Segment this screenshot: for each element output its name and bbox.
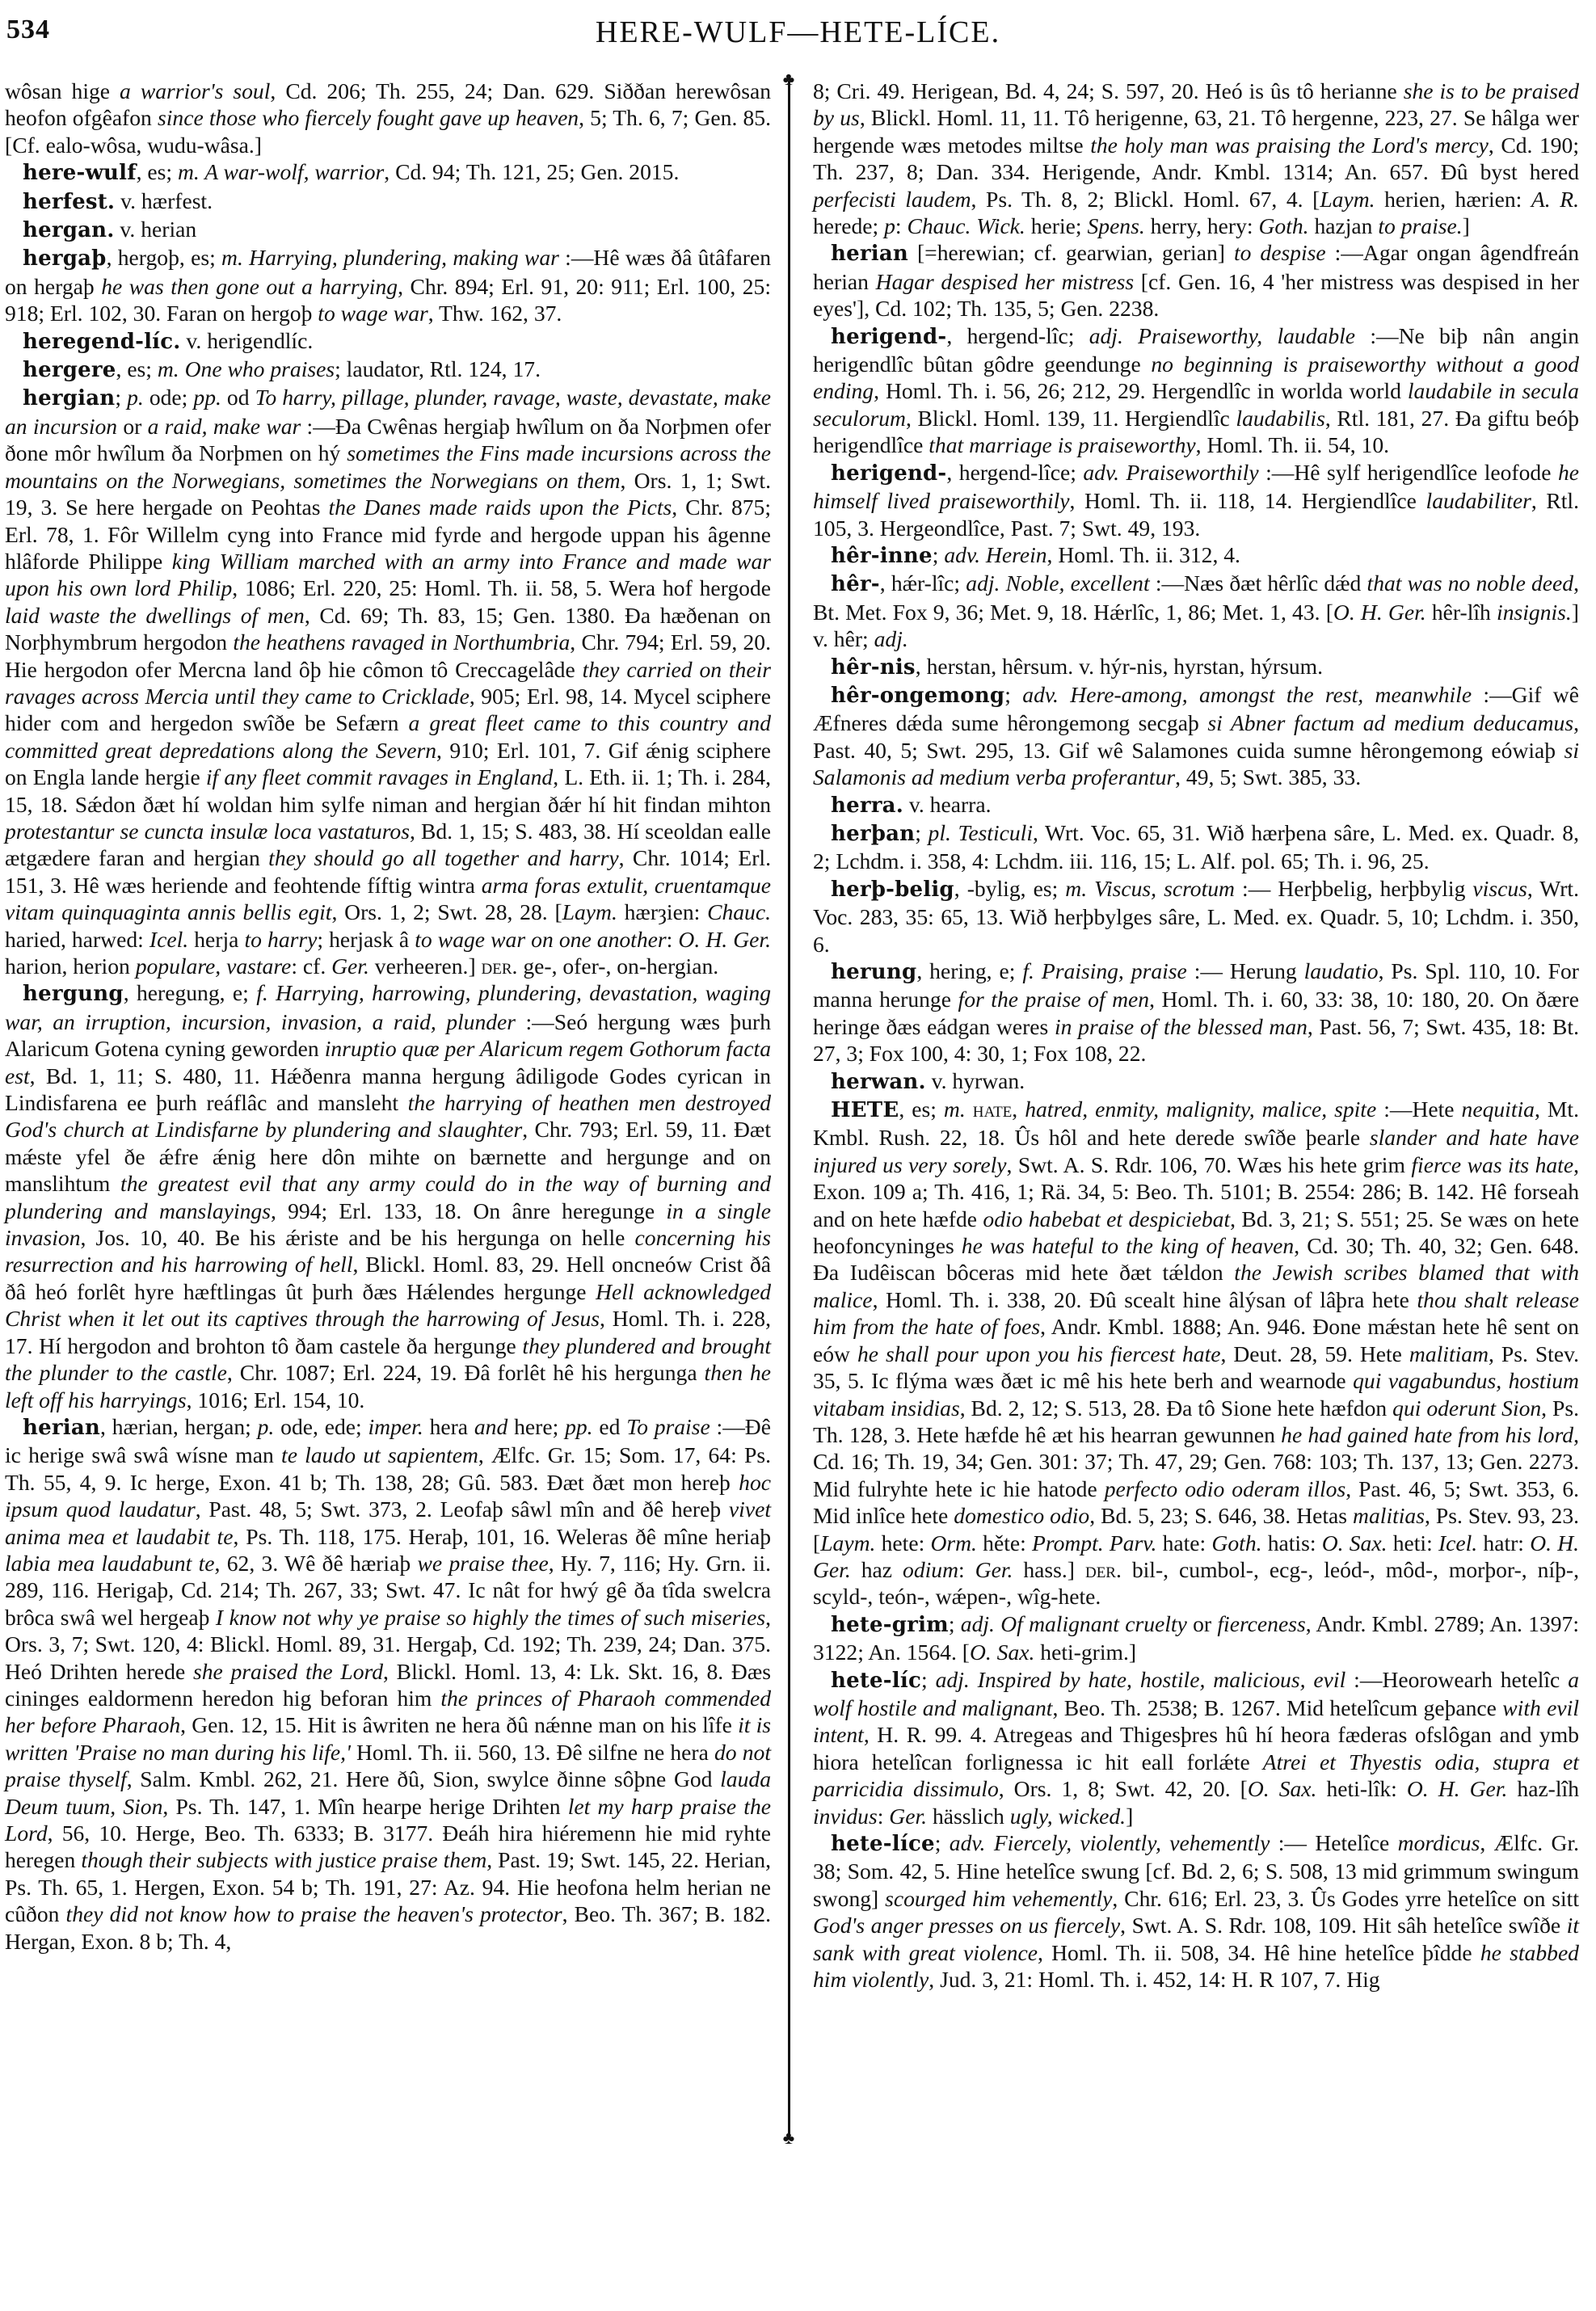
- italic-gloss: hatred, enmity, malignity, malice, spite: [1025, 1097, 1376, 1122]
- italic-gloss: malitias: [1353, 1503, 1425, 1528]
- italic-gloss: Laym.: [562, 899, 617, 924]
- headword: hergaþ: [23, 246, 107, 271]
- entry-text: , hergoþ, es;: [107, 245, 221, 270]
- entry-text: , hærian, hergan;: [100, 1414, 258, 1439]
- entry-text: herien, hærien:: [1375, 187, 1531, 212]
- italic-gloss: adv. Here-among, amongst the rest, meanw…: [1022, 682, 1472, 707]
- italic-gloss: adj. Noble, excellent: [966, 570, 1149, 596]
- italic-gloss: he was hateful to the king of heaven: [962, 1233, 1294, 1258]
- entry-text: :—Hê sylf herigendlîce leofode: [1259, 460, 1558, 485]
- entry-text: , Blickl. Homl. 139, 11. Hergiendlîc: [906, 406, 1236, 431]
- entry-text: , Swt. A. S. Rdr. 106, 70. Wæs his hete …: [1007, 1152, 1412, 1177]
- entry-text: hêr-lîh: [1426, 600, 1497, 625]
- entry-text: , 1086; Erl. 220, 25: Homl. Th. ii. 58, …: [232, 575, 771, 600]
- entry-text: herry, hery:: [1145, 213, 1259, 238]
- italic-gloss: adv. Herein: [944, 542, 1046, 567]
- entry-text: heti-lîk:: [1316, 1776, 1406, 1801]
- italic-gloss: laudabiliter: [1426, 488, 1531, 513]
- italic-gloss: adj.: [874, 626, 908, 651]
- dictionary-entry: hêr-ongemong; adv. Here-among, amongst t…: [813, 681, 1579, 791]
- italic-gloss: the Danes made raids upon the Picts: [329, 495, 672, 520]
- entry-text: , Homl. Th. ii. 118, 14. Hergiendlîce: [1070, 488, 1426, 513]
- italic-gloss: O. Sax.: [1322, 1530, 1388, 1555]
- entry-text: , Bd. 5, 23; S. 646, 38. Hetas: [1089, 1503, 1353, 1528]
- entry-text: hass.]: [1013, 1557, 1085, 1582]
- italic-gloss: labia mea laudabunt te: [5, 1551, 215, 1576]
- dictionary-entry: hete-líce; adv. Fiercely, violently, veh…: [813, 1829, 1579, 1993]
- italic-gloss: Chauc. Wick.: [907, 213, 1025, 238]
- italic-gloss: fierce was its hate: [1411, 1152, 1573, 1177]
- italic-gloss: and: [474, 1414, 507, 1439]
- italic-gloss: adj. Inspired by hate, hostile, maliciou…: [936, 1667, 1346, 1692]
- entry-text: :— Herþbelig, herþbylig: [1235, 876, 1472, 901]
- italic-gloss: laudabilis: [1236, 406, 1324, 431]
- italic-gloss: adv. Praiseworthily: [1083, 460, 1258, 485]
- italic-gloss: f. Praising, praise: [1022, 958, 1186, 983]
- entry-text: or: [117, 414, 148, 439]
- italic-gloss: Icel.: [149, 927, 188, 952]
- italic-gloss: viscus: [1472, 876, 1527, 901]
- entry-text: , Swt. A. S. Rdr. 108, 109. Hit sâh hete…: [1120, 1913, 1567, 1938]
- headword: herung: [831, 960, 916, 984]
- italic-gloss: pp.: [565, 1414, 593, 1439]
- entry-text: ]: [1126, 1804, 1133, 1829]
- column-rule-ornament-bottom-icon: ♣: [781, 2130, 797, 2146]
- entry-text: hěte:: [977, 1530, 1032, 1555]
- headword: hêr-nis: [831, 655, 916, 680]
- page-header: 534 HERE-WULF—HETE-LÍCE.: [0, 15, 1596, 63]
- entry-text: haried, harwed:: [5, 927, 149, 952]
- italic-gloss: O. H. Ger.: [1333, 600, 1426, 625]
- entry-text: , Cd. 94; Th. 121, 25; Gen. 2015.: [384, 159, 679, 184]
- entry-text: ge-, ofer-, on-hergian.: [517, 953, 718, 979]
- dictionary-entry: herþan; pl. Testiculi, Wrt. Voc. 65, 31.…: [813, 819, 1579, 875]
- headword: herþ-belig: [831, 878, 954, 902]
- italic-gloss: perfecto odio oderam illos: [1105, 1476, 1345, 1501]
- entry-text: v. hærfest.: [115, 188, 213, 213]
- italic-gloss: A. R.: [1531, 187, 1579, 212]
- dictionary-entry: hergere, es; m. One who praises; laudato…: [5, 356, 771, 384]
- entry-text: , Gen. 12, 15. Hit is âwriten ne hera ðû…: [180, 1712, 738, 1737]
- italic-gloss: adj. Praiseworthy, laudable: [1089, 323, 1355, 348]
- dictionary-entry: hergian; p. ode; pp. od To harry, pillag…: [5, 384, 771, 979]
- italic-gloss: he shall pour upon you his fiercest hate: [857, 1341, 1221, 1366]
- entry-text: or: [1187, 1611, 1218, 1636]
- italic-gloss: m. Harrying, plundering, making war: [221, 245, 559, 270]
- entry-text: , Jud. 3, 21: Homl. Th. i. 452, 14: H. R…: [929, 1967, 1379, 1992]
- italic-gloss: O. H. Ger.: [1407, 1776, 1507, 1801]
- italic-gloss: he was then gone out a harrying: [101, 274, 398, 299]
- italic-gloss: adv. Fiercely, violently, vehemently: [950, 1830, 1270, 1855]
- italic-gloss: to wage war on one another: [415, 927, 666, 952]
- headword: herian: [23, 1416, 100, 1440]
- entry-text: ;: [935, 1830, 950, 1855]
- entry-text: ;: [1004, 682, 1022, 707]
- italic-gloss: a raid, make war: [148, 414, 301, 439]
- italic-gloss: fierceness: [1217, 1611, 1305, 1636]
- small-caps-text: hate: [973, 1097, 1013, 1122]
- italic-gloss: Icel.: [1438, 1530, 1477, 1555]
- dictionary-entry: herung, hering, e; f. Praising, praise :…: [813, 958, 1579, 1067]
- entry-text: verheeren.]: [369, 953, 482, 979]
- entry-text: hazjan: [1309, 213, 1379, 238]
- italic-gloss: Goth.: [1258, 213, 1308, 238]
- entry-text: v. hearra.: [903, 792, 992, 817]
- small-caps-text: der.: [482, 953, 518, 979]
- italic-gloss: Ger.: [331, 953, 369, 979]
- italic-gloss: pp.: [193, 385, 221, 410]
- italic-gloss: they should go all together and harry: [268, 845, 618, 870]
- headword: herian: [831, 242, 908, 266]
- entry-text: :: [878, 1804, 890, 1829]
- italic-gloss: odio habebat et despiciebat: [983, 1206, 1230, 1231]
- entry-text: v. herigendlíc.: [181, 328, 314, 353]
- italic-gloss: perfecisti laudem: [813, 187, 971, 212]
- dictionary-entry: herigend-, hergend-lîce; adv. Praisewort…: [813, 459, 1579, 541]
- entry-continuation: 8; Cri. 49. Herigean, Bd. 4, 24; S. 597,…: [813, 78, 1579, 239]
- italic-gloss: he had gained hate from his lord: [1281, 1422, 1573, 1447]
- entry-text: [=herewian; cf. gearwian, gerian]: [908, 240, 1234, 265]
- entry-text: hate:: [1156, 1530, 1211, 1555]
- entry-text: :: [667, 927, 679, 952]
- entry-text: , Deut. 28, 59. Hete: [1221, 1341, 1409, 1366]
- italic-gloss: odium: [903, 1557, 958, 1582]
- italic-gloss: they did not know how to praise the heav…: [66, 1901, 562, 1926]
- italic-gloss: si Abner factum ad medium deducamus: [1207, 710, 1573, 735]
- running-title: HERE-WULF—HETE-LÍCE.: [0, 15, 1596, 50]
- entry-text: v. herian: [115, 217, 197, 242]
- entry-continuation: wôsan hige a warrior's soul, Cd. 206; Th…: [5, 78, 771, 158]
- entry-text: , hǽr-lîc;: [880, 570, 966, 596]
- dictionary-entry: hete-grim; adj. Of malignant cruelty or …: [813, 1610, 1579, 1666]
- italic-gloss: pl. Testiculi: [929, 820, 1033, 845]
- dictionary-entry: hergan. v. herian: [5, 216, 771, 244]
- entry-text: hässlich: [927, 1804, 1010, 1829]
- headword: hete-líce: [831, 1832, 935, 1856]
- headword: herþan: [831, 822, 915, 846]
- headword: hêr-ongemong: [831, 684, 1004, 708]
- entry-text: , hering, e;: [916, 958, 1022, 983]
- italic-gloss: that was no noble deed: [1367, 570, 1574, 596]
- entry-text: , hergend-lîc;: [946, 323, 1089, 348]
- entry-text: , Ps. Th. 147, 1. Mîn hearpe herige Drih…: [162, 1794, 567, 1819]
- entry-text: ; laudator, Rtl. 124, 17.: [335, 356, 541, 381]
- italic-gloss: O. H. Ger.: [678, 927, 771, 952]
- small-caps-text: der.: [1085, 1557, 1122, 1582]
- italic-gloss: populare, vastare: [136, 953, 292, 979]
- headword: HETE: [831, 1098, 899, 1122]
- dictionary-entry: hergaþ, hergoþ, es; m. Harrying, plunder…: [5, 244, 771, 326]
- headword: hete-grim: [831, 1613, 949, 1637]
- headword: hêr-: [831, 572, 880, 596]
- italic-gloss: Chauc.: [707, 899, 771, 924]
- entry-text: , Ps. Th. 118, 175. Heraþ, 101, 16. Wele…: [233, 1524, 771, 1549]
- entry-text: hærȝien:: [617, 899, 707, 924]
- entry-text: hatr:: [1477, 1530, 1530, 1555]
- entry-text: heti-grim.]: [1034, 1640, 1136, 1665]
- entry-text: herja: [188, 927, 244, 952]
- column-rule: [788, 81, 790, 2140]
- dictionary-entry: herþ-belig, -bylig, es; m. Viscus, scrot…: [813, 875, 1579, 958]
- italic-gloss: invidus: [813, 1804, 878, 1829]
- italic-gloss: in praise of the blessed man: [1055, 1014, 1308, 1039]
- left-column: wôsan hige a warrior's soul, Cd. 206; Th…: [5, 78, 771, 1955]
- italic-gloss: scourged him vehemently: [885, 1886, 1112, 1911]
- entry-text: herede;: [813, 213, 884, 238]
- entry-text: Homl. Th. ii. 560, 13. Ðê silfne ne hera: [351, 1740, 714, 1765]
- headword: here-wulf: [23, 161, 137, 185]
- entry-text: hete:: [875, 1530, 930, 1555]
- entry-text: ode, ede;: [274, 1414, 368, 1439]
- italic-gloss: the heathens ravaged in Northumbria: [233, 629, 570, 655]
- italic-gloss: mordicus: [1398, 1830, 1480, 1855]
- italic-gloss: to harry: [245, 927, 318, 952]
- italic-gloss: Ger.: [889, 1804, 927, 1829]
- dictionary-entry: hêr-inne; adv. Herein, Homl. Th. ii. 312…: [813, 541, 1579, 570]
- entry-text: , 1016; Erl. 154, 10.: [187, 1387, 365, 1412]
- italic-gloss: insignis.: [1497, 600, 1572, 625]
- entry-text: :—Heorowearh hetelîc: [1345, 1667, 1568, 1692]
- entry-text: , Homl. Th. i. 56, 26; 212, 29. Hergendl…: [874, 378, 1408, 403]
- italic-gloss: Laym.: [1320, 187, 1375, 212]
- entry-text: :— Herung: [1187, 958, 1304, 983]
- italic-gloss: ugly, wicked.: [1010, 1804, 1126, 1829]
- italic-gloss: laid waste the dwellings of men: [5, 603, 305, 628]
- italic-gloss: domestico odio: [954, 1503, 1089, 1528]
- italic-gloss: she praised the Lord: [193, 1659, 383, 1684]
- entry-text: ]: [1463, 213, 1470, 238]
- headword: hergian: [23, 386, 115, 410]
- entry-text: :—Næs ðæt hêrlîc dǽd: [1150, 570, 1367, 596]
- entry-text: :: [958, 1557, 975, 1582]
- italic-gloss: Prompt. Parv.: [1032, 1530, 1156, 1555]
- italic-gloss: the holy man was praising the Lord's mer…: [1090, 133, 1489, 158]
- entry-text: [966, 1097, 973, 1122]
- dictionary-entry: herigend-, hergend-lîc; adj. Praiseworth…: [813, 322, 1579, 459]
- entry-text: ;: [949, 1611, 961, 1636]
- entry-text: , 49, 5; Swt. 385, 33.: [1175, 764, 1361, 789]
- entry-text: , hergend-lîce;: [946, 460, 1083, 485]
- italic-gloss: protestantur se cuncta insulæ loca vasta…: [5, 819, 410, 844]
- italic-gloss: since those who fiercely fought gave up …: [158, 105, 579, 130]
- italic-gloss: a warrior's soul: [120, 78, 270, 103]
- entry-text: wôsan hige: [5, 78, 120, 103]
- italic-gloss: laudatio: [1304, 958, 1379, 983]
- entry-text: :—Hete: [1376, 1097, 1461, 1122]
- entry-text: , Salm. Kmbl. 262, 21. Here ðû, Sion, sw…: [127, 1766, 720, 1791]
- headword: hergan.: [23, 218, 115, 242]
- entry-text: , es;: [116, 356, 158, 381]
- entry-text: herie;: [1025, 213, 1088, 238]
- entry-text: od: [221, 385, 255, 410]
- entry-text: , es;: [899, 1097, 944, 1122]
- entry-text: , 994; Erl. 133, 18. On ânre heregunge: [271, 1198, 666, 1223]
- entry-text: ;: [115, 385, 127, 410]
- entry-text: , -bylig, es;: [954, 876, 1066, 901]
- italic-gloss: Ger.: [975, 1557, 1013, 1582]
- italic-gloss: Spens.: [1087, 213, 1144, 238]
- italic-gloss: m. A war-wolf, warrior: [178, 159, 384, 184]
- dictionary-entry: HETE, es; m. hate, hatred, enmity, malig…: [813, 1096, 1579, 1610]
- entry-text: , Homl. Th. ii. 312, 4.: [1047, 542, 1240, 567]
- italic-gloss: God's anger presses on us fiercely: [813, 1913, 1120, 1938]
- italic-gloss: for the praise of men: [958, 987, 1150, 1012]
- italic-gloss: though their subjects with justice prais…: [81, 1847, 486, 1872]
- italic-gloss: malitiam: [1409, 1341, 1489, 1366]
- entry-text: , Bd. 2, 12; S. 513, 28. Ða tô Sione het…: [960, 1395, 1392, 1421]
- dictionary-entry: hêr-nis, herstan, hêrsum. v. hýr-nis, hy…: [813, 653, 1579, 681]
- italic-gloss: nequitia: [1462, 1097, 1535, 1122]
- italic-gloss: qui oderunt Sion: [1392, 1395, 1541, 1421]
- entry-text: , Ors. 1, 2; Swt. 28, 28. [: [331, 899, 562, 924]
- entry-text: ,: [1012, 1097, 1025, 1122]
- entry-text: here;: [507, 1414, 565, 1439]
- italic-gloss: te laudo ut sapientem: [281, 1442, 478, 1467]
- italic-gloss: O. Sax.: [970, 1640, 1034, 1665]
- entry-text: hera: [423, 1414, 474, 1439]
- entry-text: haz: [851, 1557, 903, 1582]
- entry-text: , Homl. Th. ii. 54, 10.: [1196, 432, 1389, 457]
- italic-gloss: if any fleet commit ravages in England: [206, 764, 553, 789]
- italic-gloss: Hagar despised her mistress: [876, 269, 1134, 294]
- entry-text: v. hyrwan.: [926, 1068, 1025, 1093]
- entry-text: , heregung, e;: [124, 980, 256, 1005]
- headword: hergere: [23, 358, 116, 382]
- entry-text: , herstan, hêrsum. v. hýr-nis, hyrstan, …: [916, 654, 1323, 679]
- entry-text: , Ps. Th. 8, 2; Blickl. Homl. 67, 4. [: [971, 187, 1320, 212]
- italic-gloss: p.: [127, 385, 144, 410]
- entry-text: , Beo. Th. 2538; B. 1267. Mid hetelîcum …: [1052, 1695, 1502, 1720]
- italic-gloss: that marriage is praiseworthy: [929, 432, 1195, 457]
- headword: herra.: [831, 793, 903, 818]
- italic-gloss: p.: [258, 1414, 275, 1439]
- italic-gloss: m. Viscus, scrotum: [1065, 876, 1235, 901]
- italic-gloss: O. Sax.: [1248, 1776, 1317, 1801]
- italic-gloss: imper.: [368, 1414, 423, 1439]
- entry-text: :: [895, 213, 907, 238]
- entry-text: , Chr. 616; Erl. 23, 3. Ûs Godes yrre he…: [1112, 1886, 1579, 1911]
- italic-gloss: we praise thee: [417, 1551, 548, 1576]
- entry-text: ;: [921, 1667, 936, 1692]
- entry-text: haz-lîh: [1507, 1776, 1579, 1801]
- italic-gloss: to praise.: [1378, 213, 1462, 238]
- dictionary-entry: herwan. v. hyrwan.: [813, 1067, 1579, 1096]
- dictionary-entry: herian [=herewian; cf. gearwian, gerian]…: [813, 239, 1579, 322]
- entry-text: ode;: [144, 385, 194, 410]
- entry-text: ; herjask â: [317, 927, 415, 952]
- italic-gloss: m.: [944, 1097, 966, 1122]
- entry-text: ed: [593, 1414, 627, 1439]
- italic-gloss: m. One who praises: [158, 356, 335, 381]
- headword: heregend-líc.: [23, 330, 181, 354]
- headword: herigend-: [831, 325, 946, 349]
- dictionary-entry: herian, hærian, hergan; p. ode, ede; imp…: [5, 1413, 771, 1955]
- italic-gloss: to despise: [1234, 240, 1326, 265]
- italic-gloss: I know not why ye praise so highly the t…: [216, 1605, 765, 1630]
- entry-text: , Ors. 1, 8; Swt. 42, 20. [: [999, 1776, 1248, 1801]
- entry-text: : cf.: [291, 953, 331, 979]
- entry-text: ;: [915, 820, 928, 845]
- headword: hete-líc: [831, 1669, 921, 1693]
- entry-text: , Chr. 1087; Erl. 224, 19. Ðâ forlêt hê …: [227, 1360, 705, 1385]
- headword: hergung: [23, 982, 124, 1006]
- entry-text: hatis:: [1262, 1530, 1322, 1555]
- entry-text: 8; Cri. 49. Herigean, Bd. 4, 24; S. 597,…: [813, 78, 1404, 103]
- dictionary-entry: hergung, heregung, e; f. Harrying, harro…: [5, 979, 771, 1413]
- right-column: 8; Cri. 49. Herigean, Bd. 4, 24; S. 597,…: [813, 78, 1579, 1993]
- entry-text: , Homl. Th. i. 338, 20. Ðû scealt hine â…: [873, 1287, 1417, 1312]
- italic-gloss: p: [884, 213, 895, 238]
- column-rule-ornament-top-icon: ♣: [781, 71, 797, 87]
- dictionary-entry: herfest. v. hærfest.: [5, 187, 771, 216]
- headword: herwan.: [831, 1070, 926, 1094]
- entry-text: :— Hetelîce: [1270, 1830, 1397, 1855]
- headword: herfest.: [23, 190, 115, 214]
- italic-gloss: to wage war: [318, 301, 427, 326]
- headword: hêr-inne: [831, 544, 933, 568]
- headword: herigend-: [831, 461, 946, 486]
- italic-gloss: Goth.: [1211, 1530, 1261, 1555]
- dictionary-entry: herra. v. hearra.: [813, 791, 1579, 819]
- dictionary-entry: heregend-líc. v. herigendlíc.: [5, 327, 771, 356]
- dictionary-entry: hete-líc; adj. Inspired by hate, hostile…: [813, 1666, 1579, 1829]
- entry-text: heti:: [1388, 1530, 1438, 1555]
- entry-text: , Past. 48, 5; Swt. 373, 2. Leofaþ sâwl …: [196, 1496, 729, 1522]
- entry-text: , es;: [137, 159, 178, 184]
- dictionary-entry: hêr-, hǽr-lîc; adj. Noble, excellent :—N…: [813, 570, 1579, 652]
- entry-text: , 62, 3. Wê ðê hæriaþ: [215, 1551, 418, 1576]
- italic-gloss: Orm.: [930, 1530, 977, 1555]
- italic-gloss: adj. Of malignant cruelty: [961, 1611, 1187, 1636]
- entry-text: , Jos. 10, 40. Be his ǽriste and be his …: [81, 1225, 635, 1250]
- entry-text: , Homl. Th. ii. 508, 34. Hê hine hetelîc…: [1038, 1940, 1480, 1965]
- italic-gloss: To praise: [626, 1414, 710, 1439]
- dictionary-entry: here-wulf, es; m. A war-wolf, warrior, C…: [5, 158, 771, 187]
- entry-text: , Thw. 162, 37.: [428, 301, 562, 326]
- entry-text: harion, herion: [5, 953, 136, 979]
- italic-gloss: Laym.: [820, 1530, 875, 1555]
- entry-text: ;: [933, 542, 945, 567]
